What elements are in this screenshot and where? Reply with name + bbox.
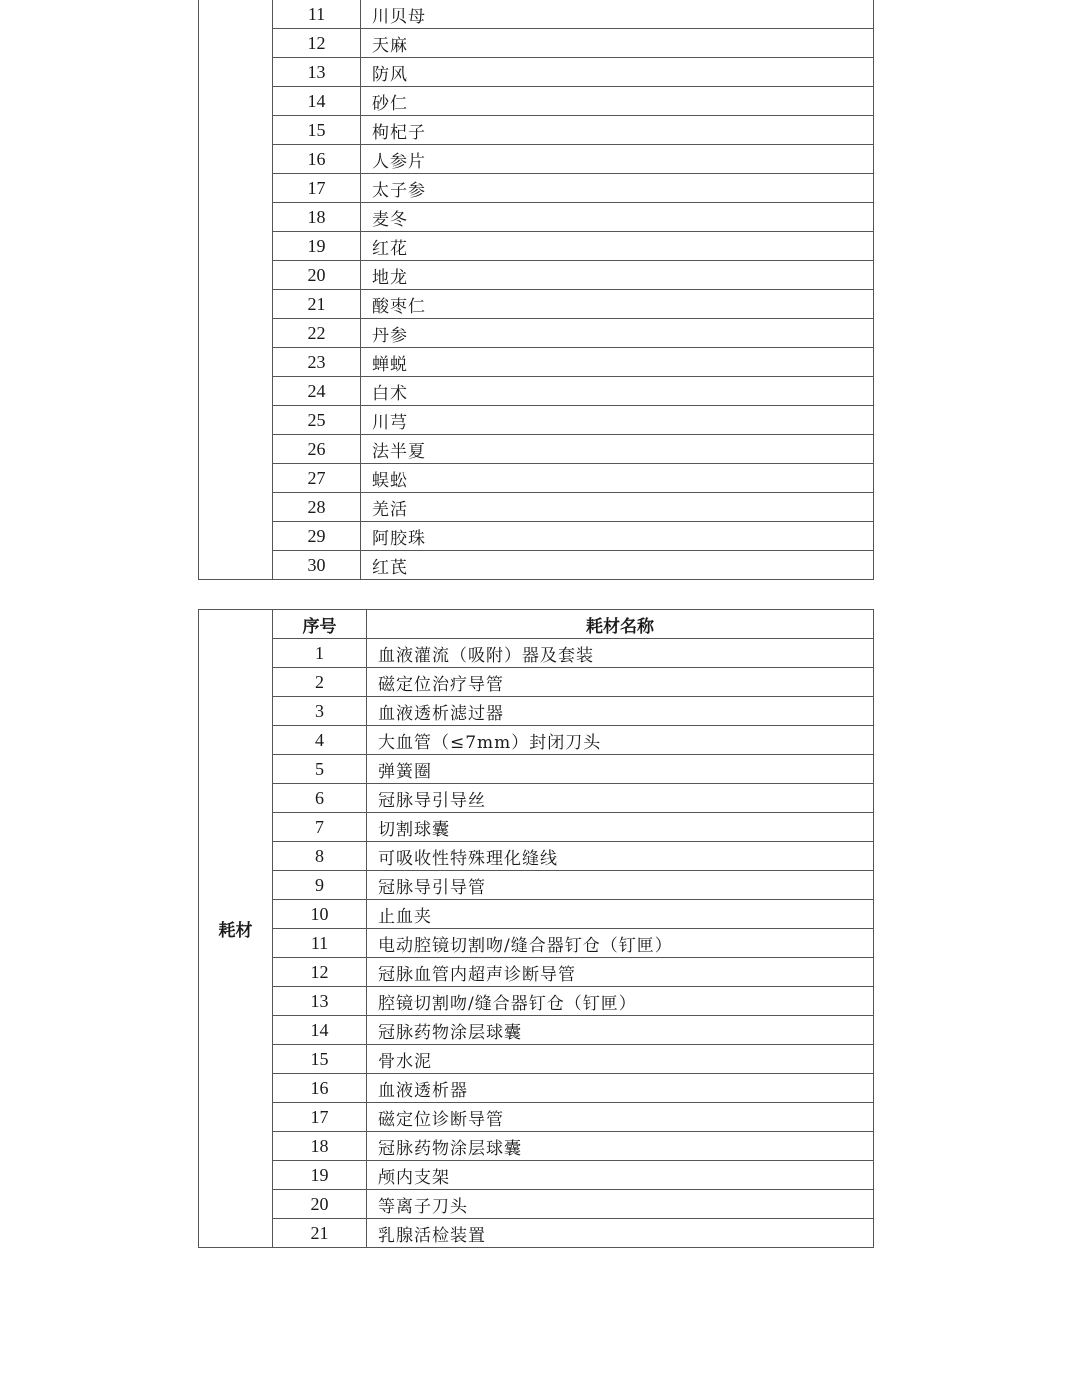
table-row: 2磁定位治疗导管 (199, 668, 874, 697)
table-row: 23蝉蜕 (199, 348, 874, 377)
table-row: 20等离子刀头 (199, 1190, 874, 1219)
table-row: 18麦冬 (199, 203, 874, 232)
row-number: 18 (273, 203, 361, 232)
row-name: 蝉蜕 (361, 348, 874, 377)
row-name: 磁定位诊断导管 (367, 1103, 874, 1132)
row-number: 16 (273, 145, 361, 174)
row-number: 17 (273, 1103, 367, 1132)
table-row: 1血液灌流（吸附）器及套装 (199, 639, 874, 668)
row-name: 麦冬 (361, 203, 874, 232)
row-name: 切割球囊 (367, 813, 874, 842)
row-number: 4 (273, 726, 367, 755)
table-row: 13腔镜切割吻/缝合器钉仓（钉匣） (199, 987, 874, 1016)
row-number: 21 (273, 290, 361, 319)
table-row: 16人参片 (199, 145, 874, 174)
table-row: 17磁定位诊断导管 (199, 1103, 874, 1132)
row-name: 蜈蚣 (361, 464, 874, 493)
table-row: 11电动腔镜切割吻/缝合器钉仓（钉匣） (199, 929, 874, 958)
row-number: 17 (273, 174, 361, 203)
row-number: 6 (273, 784, 367, 813)
row-number: 3 (273, 697, 367, 726)
row-number: 16 (273, 1074, 367, 1103)
row-number: 13 (273, 987, 367, 1016)
row-name: 人参片 (361, 145, 874, 174)
row-number: 11 (273, 929, 367, 958)
herbs-table-body: 11川贝母12天麻13防风14砂仁15枸杞子16人参片17太子参18麦冬19红花… (199, 0, 874, 580)
table-row: 27蜈蚣 (199, 464, 874, 493)
row-name: 川贝母 (361, 0, 874, 29)
row-number: 10 (273, 900, 367, 929)
row-number: 23 (273, 348, 361, 377)
table-row: 19红花 (199, 232, 874, 261)
row-number: 8 (273, 842, 367, 871)
category-cell (199, 0, 273, 580)
row-name: 血液透析器 (367, 1074, 874, 1103)
row-name: 腔镜切割吻/缝合器钉仓（钉匣） (367, 987, 874, 1016)
table-row: 20地龙 (199, 261, 874, 290)
table-row: 12天麻 (199, 29, 874, 58)
table-row: 29阿胶珠 (199, 522, 874, 551)
row-number: 5 (273, 755, 367, 784)
row-name: 弹簧圈 (367, 755, 874, 784)
table-row: 15枸杞子 (199, 116, 874, 145)
category-cell: 耗材 (199, 610, 273, 1248)
row-name: 血液灌流（吸附）器及套装 (367, 639, 874, 668)
table-row: 17太子参 (199, 174, 874, 203)
table-row: 5弹簧圈 (199, 755, 874, 784)
row-name: 磁定位治疗导管 (367, 668, 874, 697)
table-row: 21酸枣仁 (199, 290, 874, 319)
row-name: 血液透析滤过器 (367, 697, 874, 726)
row-name: 天麻 (361, 29, 874, 58)
table-row: 7切割球囊 (199, 813, 874, 842)
row-number: 25 (273, 406, 361, 435)
table-row: 19颅内支架 (199, 1161, 874, 1190)
table-row: 25川芎 (199, 406, 874, 435)
row-number: 26 (273, 435, 361, 464)
row-name: 羌活 (361, 493, 874, 522)
row-name: 阿胶珠 (361, 522, 874, 551)
row-name: 电动腔镜切割吻/缝合器钉仓（钉匣） (367, 929, 874, 958)
row-number: 11 (273, 0, 361, 29)
table-row: 24白术 (199, 377, 874, 406)
row-number: 15 (273, 1045, 367, 1074)
column-header-name: 耗材名称 (367, 610, 874, 639)
table-row: 3血液透析滤过器 (199, 697, 874, 726)
row-number: 21 (273, 1219, 367, 1248)
row-name: 乳腺活检装置 (367, 1219, 874, 1248)
row-name: 白术 (361, 377, 874, 406)
consumables-table: 耗材 序号 耗材名称 1血液灌流（吸附）器及套装2磁定位治疗导管3血液透析滤过器… (198, 609, 874, 1248)
row-number: 19 (273, 232, 361, 261)
row-number: 9 (273, 871, 367, 900)
row-number: 30 (273, 551, 361, 580)
row-number: 29 (273, 522, 361, 551)
row-name: 枸杞子 (361, 116, 874, 145)
row-name: 冠脉药物涂层球囊 (367, 1132, 874, 1161)
row-name: 等离子刀头 (367, 1190, 874, 1219)
row-number: 20 (273, 1190, 367, 1219)
table-row: 22丹参 (199, 319, 874, 348)
table-row: 14冠脉药物涂层球囊 (199, 1016, 874, 1045)
row-number: 15 (273, 116, 361, 145)
table-row: 8可吸收性特殊理化缝线 (199, 842, 874, 871)
row-name: 川芎 (361, 406, 874, 435)
row-name: 防风 (361, 58, 874, 87)
row-number: 14 (273, 87, 361, 116)
table-row: 16血液透析器 (199, 1074, 874, 1103)
column-header-number: 序号 (273, 610, 367, 639)
row-name: 地龙 (361, 261, 874, 290)
row-number: 14 (273, 1016, 367, 1045)
row-number: 18 (273, 1132, 367, 1161)
row-name: 骨水泥 (367, 1045, 874, 1074)
table-row: 12冠脉血管内超声诊断导管 (199, 958, 874, 987)
row-name: 太子参 (361, 174, 874, 203)
table-row: 18冠脉药物涂层球囊 (199, 1132, 874, 1161)
table-header-row: 耗材 序号 耗材名称 (199, 610, 874, 639)
row-name: 红芪 (361, 551, 874, 580)
row-number: 22 (273, 319, 361, 348)
table-row: 21乳腺活检装置 (199, 1219, 874, 1248)
table-row: 4大血管（≤7mm）封闭刀头 (199, 726, 874, 755)
row-name: 丹参 (361, 319, 874, 348)
row-number: 12 (273, 958, 367, 987)
row-number: 7 (273, 813, 367, 842)
row-name: 酸枣仁 (361, 290, 874, 319)
row-number: 19 (273, 1161, 367, 1190)
row-name: 冠脉导引导管 (367, 871, 874, 900)
table-row: 6冠脉导引导丝 (199, 784, 874, 813)
row-number: 2 (273, 668, 367, 697)
table-row: 15骨水泥 (199, 1045, 874, 1074)
row-number: 20 (273, 261, 361, 290)
herbs-table: 11川贝母12天麻13防风14砂仁15枸杞子16人参片17太子参18麦冬19红花… (198, 0, 874, 580)
row-name: 冠脉导引导丝 (367, 784, 874, 813)
row-number: 28 (273, 493, 361, 522)
row-name: 可吸收性特殊理化缝线 (367, 842, 874, 871)
table-row: 28羌活 (199, 493, 874, 522)
row-name: 红花 (361, 232, 874, 261)
table-row: 30红芪 (199, 551, 874, 580)
consumables-table-body: 耗材 序号 耗材名称 1血液灌流（吸附）器及套装2磁定位治疗导管3血液透析滤过器… (199, 610, 874, 1248)
row-name: 颅内支架 (367, 1161, 874, 1190)
row-name: 冠脉药物涂层球囊 (367, 1016, 874, 1045)
row-name: 冠脉血管内超声诊断导管 (367, 958, 874, 987)
table-row: 10止血夹 (199, 900, 874, 929)
table-row: 13防风 (199, 58, 874, 87)
row-number: 24 (273, 377, 361, 406)
table-row: 14砂仁 (199, 87, 874, 116)
row-number: 12 (273, 29, 361, 58)
row-number: 13 (273, 58, 361, 87)
row-name: 法半夏 (361, 435, 874, 464)
table-row: 9冠脉导引导管 (199, 871, 874, 900)
row-number: 1 (273, 639, 367, 668)
row-number: 27 (273, 464, 361, 493)
row-name: 砂仁 (361, 87, 874, 116)
row-name: 大血管（≤7mm）封闭刀头 (367, 726, 874, 755)
row-name: 止血夹 (367, 900, 874, 929)
table-row: 11川贝母 (199, 0, 874, 29)
table-row: 26法半夏 (199, 435, 874, 464)
